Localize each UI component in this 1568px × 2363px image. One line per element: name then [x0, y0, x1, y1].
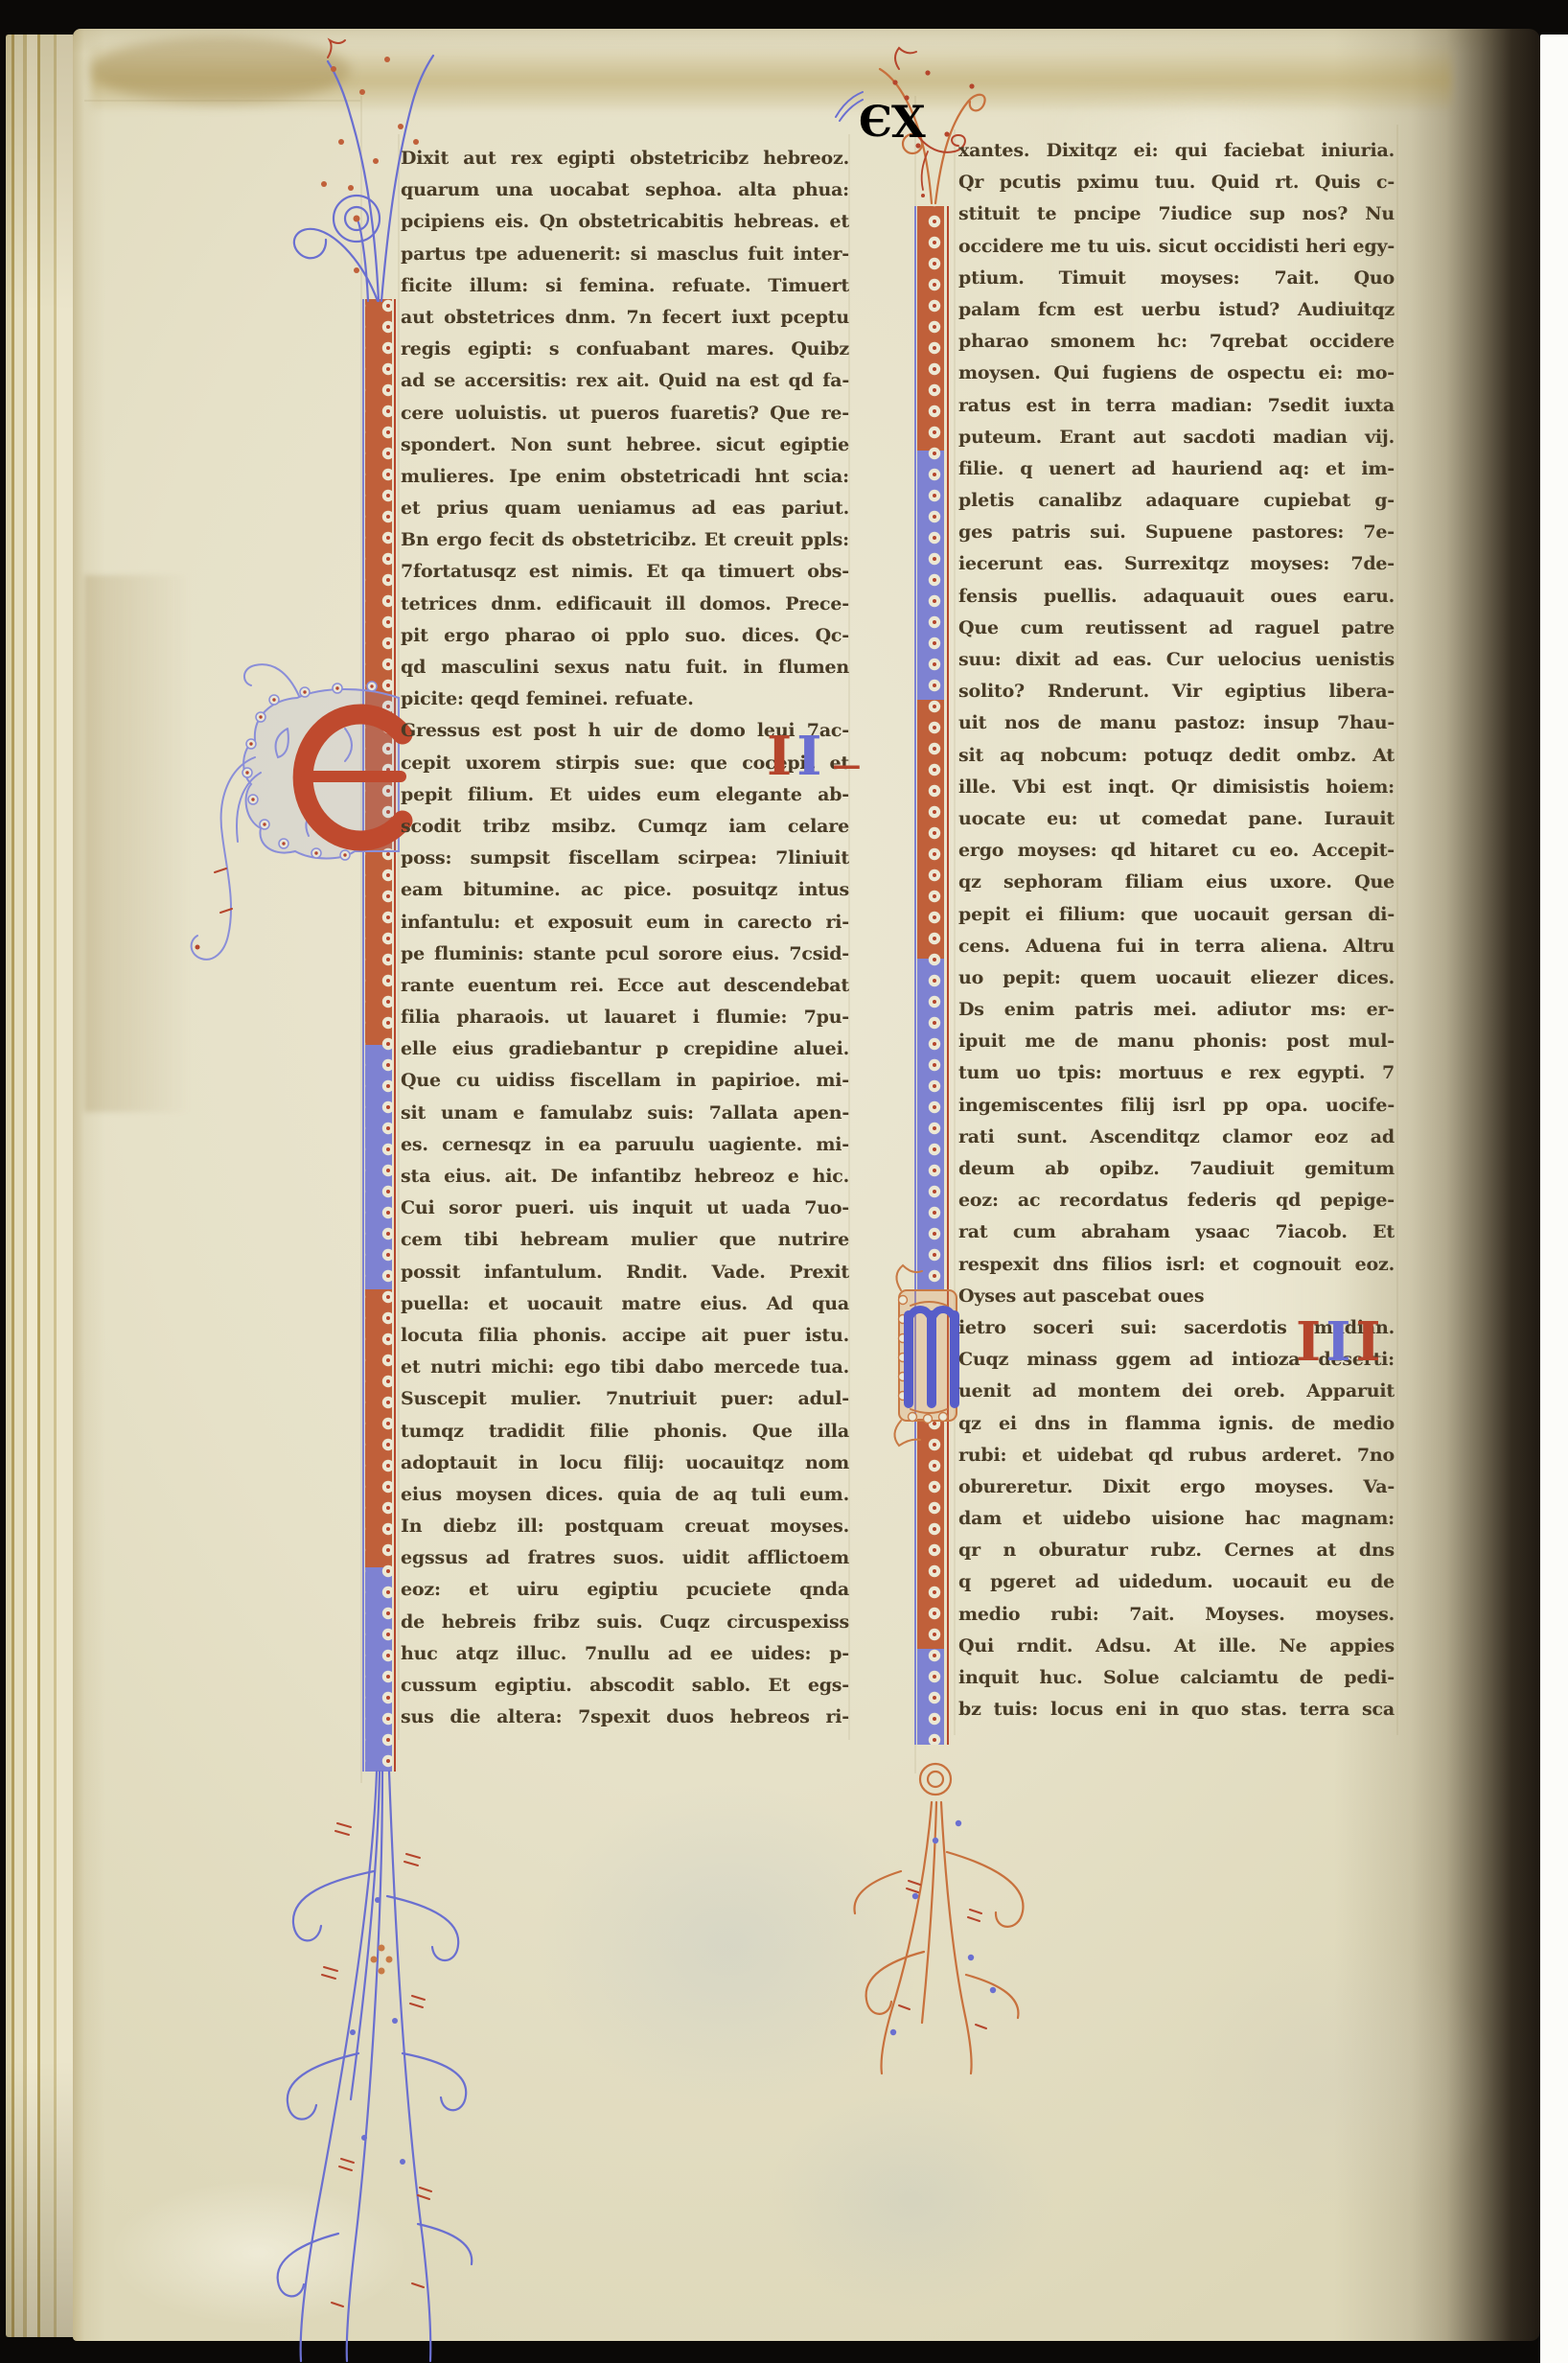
text-line: palam fcm est uerbu istud? Audiuitqz [958, 294, 1395, 326]
text-line: egssus ad fratres suos. uidit afflictoem [401, 1542, 849, 1574]
text-line: et nutri michi: ego tibi dabo mercede tu… [401, 1352, 849, 1383]
text-line: uocate eu: ut comedat pane. Iurauit [958, 803, 1395, 835]
text-line: es. cernesqz in ea paruulu uagiente. mi- [401, 1129, 849, 1161]
text-line: rubi: et uidebat qd rubus arderet. 7no [958, 1440, 1395, 1471]
text-line: occidere me tu uis. sicut occidisti heri… [958, 231, 1395, 263]
text-line: iecerunt eas. Surrexitqz moyses: 7de- [958, 548, 1395, 580]
text-line: tumqz tradidit filie phonis. Que illa [401, 1416, 849, 1448]
text-line: solito? Rnderunt. Vir egiptius libera- [958, 676, 1395, 707]
text-line: partus tpe aduenerit: si masclus fuit in… [401, 239, 849, 270]
text-line: In diebz ill: postquam creuat moyses. [401, 1511, 849, 1542]
text-line: regis egipti: s confuabant mares. Quibz [401, 334, 849, 365]
text-line: cens. Aduena fui in terra aliena. Altru [958, 931, 1395, 962]
text-line: bz tuis: locus eni in quo stas. terra sc… [958, 1694, 1395, 1726]
text-line: infantulu: et exposuit eum in carecto ri… [401, 907, 849, 938]
text-line: medio rubi: 7ait. Moyses. moyses. [958, 1599, 1395, 1631]
text-line: spondert. Non sunt hebree. sicut egiptie [401, 429, 849, 461]
chapter-numeral-stroke: I [1296, 1310, 1326, 1374]
text-line: deum ab opibz. 7audiuit gemitum [958, 1153, 1395, 1185]
chapter-numeral-stroke: I [1355, 1310, 1385, 1374]
text-line: filie. q uenert ad hauriend aq: et im- [958, 453, 1395, 485]
text-line: Bn ergo fecit ds obstetricibz. Et creuit… [401, 524, 849, 556]
text-line: rat cum abraham ysaac 7iacob. Et [958, 1216, 1395, 1248]
text-line: suu: dixit ad eas. Cur uelocius uenistis [958, 644, 1395, 676]
text-line: pletis canalibz adaquare cupiebat g- [958, 485, 1395, 517]
text-line: de hebreis fribz suis. Cuqz circuspexiss [401, 1607, 849, 1638]
text-line: Qui rndit. Adsu. At ille. Ne appies [958, 1631, 1395, 1662]
text-line: huc atqz illuc. 7nullu ad ee uides: p- [401, 1638, 849, 1670]
text-line: cere uoluistis. ut pueros fuaretis? Que … [401, 398, 849, 429]
chapter-numeral-ii: II— [767, 756, 861, 766]
text-line: ingemiscentes filij isrl pp opa. uocife- [958, 1090, 1395, 1122]
text-line: 7fortatusqz est nimis. Et qa timuert obs… [401, 556, 849, 588]
text-line: uit nos de manu pastoz: insup 7hau- [958, 707, 1395, 739]
text-line: uo pepit: quem uocauit eliezer dices. [958, 962, 1395, 994]
text-line: locuta filia phonis. accipe ait puer ist… [401, 1320, 849, 1352]
text-line: Qr pcutis pximu tuu. Quid rt. Quis c- [958, 167, 1395, 198]
text-line: pcipiens eis. Qn obstetricabitis hebreas… [401, 206, 849, 238]
text-line: et prius quam ueniamus ad eas pariut. [401, 493, 849, 524]
text-line: obureretur. Dixit ergo moyses. Va- [958, 1471, 1395, 1503]
text-line: possit infantulum. Rndit. Vade. Prexit [401, 1257, 849, 1288]
text-line: sus die altera: 7spexit duos hebreos ri- [401, 1702, 849, 1733]
text-line: ipuit me de manu phonis: post mul- [958, 1026, 1395, 1057]
text-line: ad se accersitis: rex ait. Quid na est q… [401, 365, 849, 397]
text-line: cussum egiptiu. abscodit sablo. Et egs- [401, 1670, 849, 1702]
text-line: Dixit aut rex egipti obstetricibz hebreo… [401, 143, 849, 174]
text-line: qz sephoram filiam eius uxore. Que [958, 867, 1395, 898]
chapter-numeral-dash: — [832, 749, 861, 782]
text-line: qz ei dns in flamma ignis. de medio [958, 1408, 1395, 1440]
text-line: eam bitumine. ac pice. posuitqz intus [401, 874, 849, 906]
text-line: picite: qeqd feminei. refuate. [401, 683, 849, 715]
text-line: cem tibi hebream mulier que nutrire [401, 1224, 849, 1256]
text-line: filia pharaois. ut lauaret i flumie: 7pu… [401, 1002, 849, 1033]
text-line: moysen. Qui fugiens de ospectu ei: mo- [958, 358, 1395, 389]
text-line: fensis puellis. adaquauit oues earu. [958, 581, 1395, 613]
text-line: scodit tribz msibz. Cumqz iam celare [401, 811, 849, 843]
text-line: adoptauit in locu filij: uocauitqz nom [401, 1448, 849, 1479]
text-line: Que cu uidiss fiscellam in papirioe. mi- [401, 1065, 849, 1097]
text-line: ges patris sui. Supuene pastores: 7e- [958, 517, 1395, 548]
text-line: q pgeret ad uidedum. uocauit eu de [958, 1566, 1395, 1598]
text-line: pe fluminis: stante pcul sorore eius. 7c… [401, 938, 849, 970]
text-line: Cui soror pueri. uis inquit ut uada 7uo- [401, 1193, 849, 1224]
manuscript-photo-canvas: { "manuscript": { "running_header": { "l… [0, 0, 1568, 2363]
text-line: aut obstetrices dnm. 7n fecert iuxt pcep… [401, 302, 849, 334]
running-header-semantic: E [0, 0, 1, 1]
chapter-numeral-stroke: I [796, 725, 826, 788]
text-line: puteum. Erant aut sacdoti madian vij. [958, 422, 1395, 453]
text-line: mulieres. Ipe enim obstetricadi hnt scia… [401, 461, 849, 493]
text-line: rante euentum rei. Ecce aut descendebat [401, 970, 849, 1002]
text-line: qr n oburatur rubz. Cernes at dns [958, 1535, 1395, 1566]
text-line: Que cum reutissent ad raguel patre [958, 613, 1395, 644]
text-line: pepit ei filium: que uocauit gersan di- [958, 899, 1395, 931]
scan-backing-strip [1540, 35, 1568, 2363]
text-line: Suscepit mulier. 7nutriuit puer: adul- [401, 1383, 849, 1415]
initial-e-semantic: E [0, 0, 1, 1]
text-line: tetrices dnm. edificauit ill domos. Prec… [401, 589, 849, 620]
text-line: tum uo tpis: mortuus e rex egypti. 7 [958, 1057, 1395, 1089]
text-line: dam et uidebo uisione hac magnam: [958, 1503, 1395, 1535]
initial-m-semantic: M [0, 0, 1, 1]
text-line: puella: et uocauit matre eius. Ad qua [401, 1288, 849, 1320]
text-line: qd masculini sexus natu fuit. in flumen [401, 652, 849, 683]
text-column-right: xantes. Dixitqz ei: qui faciebat iniuria… [958, 135, 1395, 1726]
text-line: ratus est in terra madian: 7sedit iuxta [958, 390, 1395, 422]
text-line: Oyses aut pascebat oues [958, 1281, 1395, 1312]
text-line: inquit huc. Solue calciamtu de pedi- [958, 1662, 1395, 1694]
text-line: pit ergo pharao oi pplo suo. dices. Qc- [401, 620, 849, 652]
text-line: Ds enim patris mei. adiutor ms: er- [958, 994, 1395, 1026]
text-column-left: Dixit aut rex egipti obstetricibz hebreo… [401, 143, 849, 1733]
text-line: sta eius. ait. De infantibz hebreoz e hi… [401, 1161, 849, 1193]
text-line: elle eius gradiebantur p crepidine aluei… [401, 1033, 849, 1065]
text-line: quarum una uocabat sephoa. alta phua: [401, 174, 849, 206]
text-line: eius moysen dices. quia de aq tuli eum. [401, 1479, 849, 1511]
text-line: eoz: et uiru egiptiu pcuciete qnda [401, 1574, 849, 1606]
text-line: uenit ad montem dei oreb. Apparuit [958, 1376, 1395, 1407]
text-line: eoz: ac recordatus federis qd pepige- [958, 1185, 1395, 1216]
text-line: poss: sumpsit fiscellam scirpea: 7liniui… [401, 843, 849, 874]
text-line: stituit te pncipe 7iudice sup nos? Nu [958, 198, 1395, 230]
chapter-numeral-stroke: I [767, 725, 796, 788]
text-line: respexit dns filios isrl: et cognouit eo… [958, 1249, 1395, 1281]
text-line: ficite illum: si femina. refuate. Timuer… [401, 270, 849, 302]
text-line: sit unam e famulabz suis: 7allata apen- [401, 1098, 849, 1129]
text-line: ptium. Timuit moyses: 7ait. Quo [958, 263, 1395, 294]
text-line: xantes. Dixitqz ei: qui faciebat iniuria… [958, 135, 1395, 167]
book-page-edges-stack [6, 35, 73, 2337]
text-line: pharao smonem hc: 7qrebat occidere [958, 326, 1395, 358]
text-line: ergo moyses: qd hitaret cu eo. Accepit- [958, 835, 1395, 867]
text-line: sit aq nobcum: potuqz dedit ombz. At [958, 740, 1395, 772]
text-line: rati sunt. Ascenditqz clamor eoz ad [958, 1122, 1395, 1153]
chapter-numeral-stroke: I [1326, 1310, 1355, 1374]
text-line: ille. Vbi est inqt. Qr dimisistis hoiem: [958, 772, 1395, 803]
